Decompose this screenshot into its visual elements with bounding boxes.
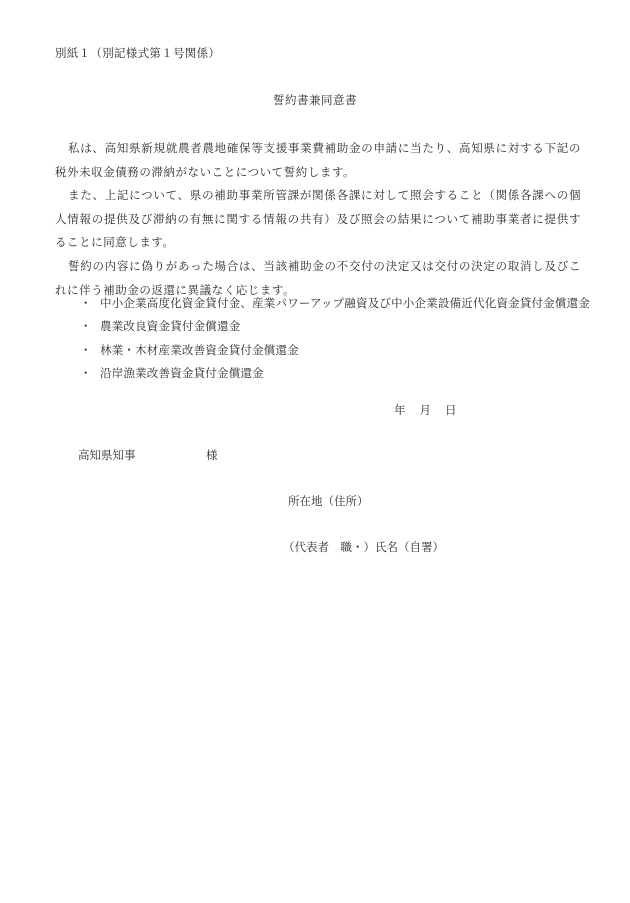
list-item: ・林業・木材産業改善資金貸付金償還金 [80, 342, 590, 365]
pledge-paragraph: 私は、高知県新規就農者農地確保等支援事業費補助金の申請に当たり、高知県に対する下… [55, 137, 581, 184]
list-item-text: 林業・木材産業改善資金貸付金償還金 [100, 343, 299, 357]
list-item-text: 中小企業高度化資金貸付金、産業パワーアップ融資及び中小企業設備近代化資金貸付金償… [100, 296, 590, 310]
bullet-icon: ・ [80, 295, 100, 311]
document-title: 誓約書兼同意書 [0, 92, 630, 108]
list-item: ・中小企業高度化資金貸付金、産業パワーアップ融資及び中小企業設備近代化資金貸付金… [80, 295, 590, 318]
consent-paragraph: また、上記について、県の補助事業所管課が関係各課に対して照会すること（関係各課へ… [55, 184, 581, 255]
date-day-label: 日 [445, 403, 457, 417]
list-item: ・農業改良資金貸付金償還金 [80, 318, 590, 341]
date-field: 年月日 [394, 402, 471, 418]
list-item: ・沿岸漁業改善資金貸付金償還金 [80, 365, 590, 388]
date-month-label: 月 [420, 403, 432, 417]
attachment-header: 別紙１（別記様式第１号関係） [55, 45, 220, 61]
bullet-icon: ・ [80, 365, 100, 381]
list-item-text: 沿岸漁業改善資金貸付金償還金 [100, 366, 264, 380]
bullet-icon: ・ [80, 318, 100, 334]
bullet-icon: ・ [80, 342, 100, 358]
debt-list: ・中小企業高度化資金貸付金、産業パワーアップ融資及び中小企業設備近代化資金貸付金… [80, 295, 590, 388]
location-label: 所在地（住所） [288, 493, 369, 509]
signature-label: （代表者 職・）氏名（自署） [283, 539, 444, 555]
addressee: 高知県知事 [78, 447, 136, 463]
list-item-text: 農業改良資金貸付金償還金 [100, 319, 240, 333]
date-year-label: 年 [394, 403, 406, 417]
honorific: 様 [206, 447, 218, 463]
